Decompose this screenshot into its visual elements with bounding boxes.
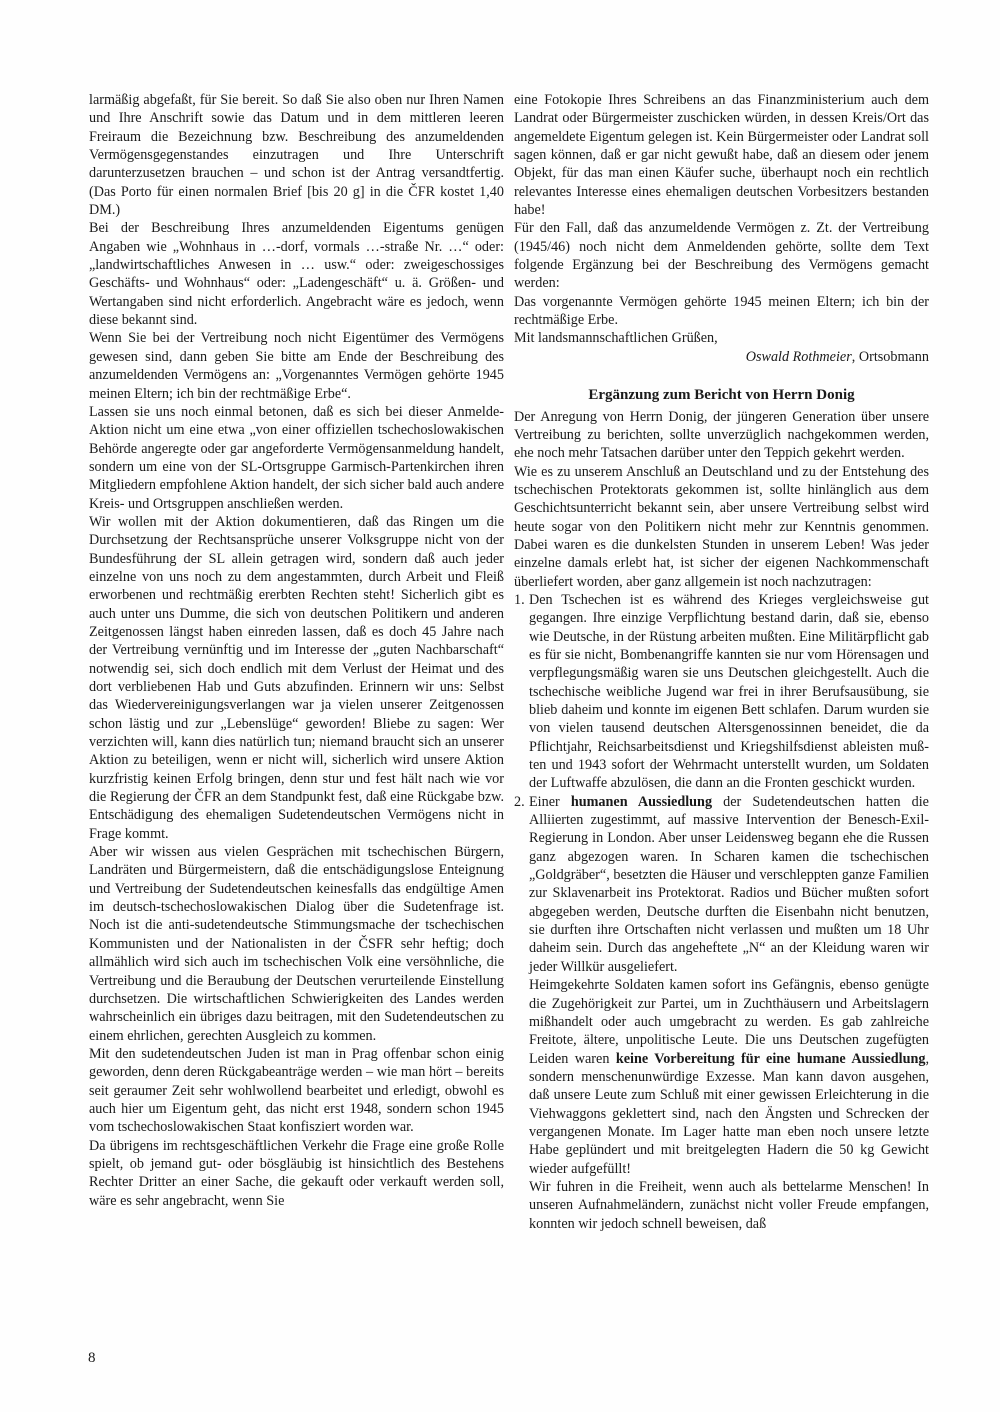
right-column: eine Fotokopie Ihres Schreibens an das F… [514,91,929,1233]
text-run: der Sudetendeutschen hatten die Alliiert… [529,794,929,975]
left-column: larmäßig abgefaßt, für Sie bereit. So da… [89,91,504,1210]
text-run: Einer [529,794,571,810]
paragraph: Mit den sudetendeutschen Juden ist man i… [89,1045,504,1137]
paragraph: Da übrigens im rechtsgeschäftlichen Verk… [89,1137,504,1210]
list-item-text: Einer humanen Aussiedlung der Sudetendeu… [529,793,929,976]
signature-name: Oswald Rothmeier [746,349,852,365]
list-item: 1. Den Tschechen ist es während des Krie… [514,591,929,793]
emphasis-text: humanen Aussiedlung [571,794,712,810]
text-run: , sondern menschenunwürdige Ex­zesse. Ma… [529,1051,929,1177]
paragraph: Das vorgenannte Vermögen gehörte 1945 me… [514,293,929,330]
emphasis-text: keine Vorbereitung für eine humane Aussi… [616,1051,926,1067]
document-page: larmäßig abgefaßt, für Sie bereit. So da… [0,0,1000,1412]
closing-line: Mit landsmannschaftlichen Grüßen, [514,329,929,347]
paragraph: Für den Fall, daß das anzumeldende Vermö… [514,219,929,292]
paragraph: Lassen sie uns noch einmal betonen, daß … [89,403,504,513]
paragraph: Wie es zu unserem Anschluß an Deutschlan… [514,463,929,591]
list-item-text: Den Tschechen ist es während des Krieges… [529,591,929,793]
list-number: 2. [514,793,525,811]
signature: Oswald Rothmeier, Ortsobmann [514,348,929,366]
paragraph: larmäßig abgefaßt, für Sie bereit. So da… [89,91,504,219]
signature-title: , Ortsobmann [852,349,929,365]
paragraph: Wir wollen mit der Aktion dokumentieren,… [89,513,504,843]
list-item-text: Wir fuhren in die Freiheit, wenn auch al… [529,1178,929,1233]
numbered-list: 1. Den Tschechen ist es während des Krie… [514,591,929,1233]
paragraph: Bei der Beschreibung Ihres anzumeldenden… [89,219,504,329]
paragraph: eine Fotokopie Ihres Schreibens an das F… [514,91,929,219]
paragraph: Aber wir wissen aus vielen Gesprächen mi… [89,843,504,1045]
paragraph: Der Anregung von Herrn Donig, der jünger… [514,408,929,463]
list-item-text: Heimgekehrte Soldaten kamen sofort ins G… [529,976,929,1178]
list-number: 1. [514,591,525,609]
list-item: 2. Einer humanen Aussiedlung der Sudeten… [514,793,929,1233]
section-heading: Ergänzung zum Bericht von Herrn Donig [514,386,929,404]
page-number: 8 [88,1350,96,1367]
paragraph: Wenn Sie bei der Vertreibung noch nicht … [89,329,504,402]
